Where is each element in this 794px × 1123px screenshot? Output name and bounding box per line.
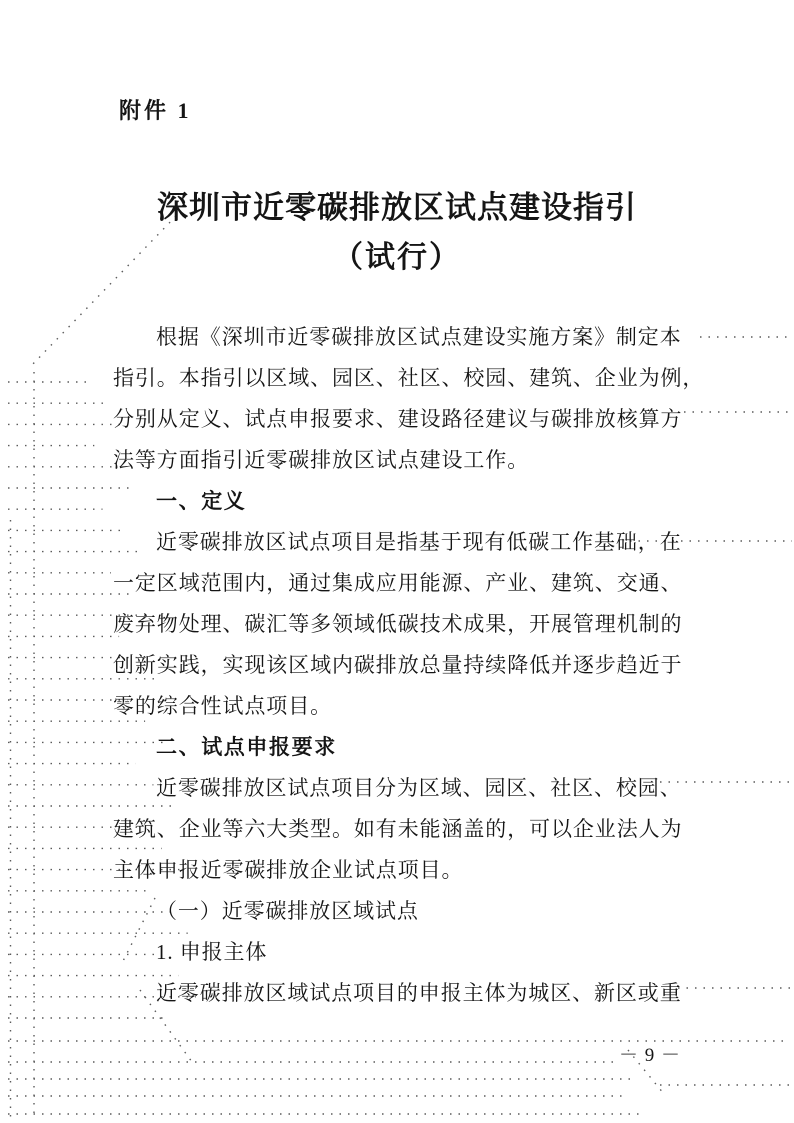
body-line: 主体申报近零碳排放企业试点项目。 xyxy=(113,850,713,891)
body-line: 创新实践，实现该区域内碳排放总量持续降低并逐步趋近于 xyxy=(113,645,713,686)
document-subtitle: （试行） xyxy=(0,232,794,276)
body-line: 分别从定义、试点申报要求、建设路径建议与碳排放核算方 xyxy=(113,399,713,440)
body-line: 根据《深圳市近零碳排放区试点建设实施方案》制定本 xyxy=(113,317,713,358)
attachment-label: 附件 1 xyxy=(119,94,192,125)
body-line: 近零碳排放区域试点项目的申报主体为城区、新区或重 xyxy=(113,973,713,1014)
body-line: 废弃物处理、碳汇等多领域低碳技术成果，开展管理机制的 xyxy=(113,604,713,645)
body-line: 建筑、企业等六大类型。如有未能涵盖的，可以企业法人为 xyxy=(113,809,713,850)
section-heading: 二、试点申报要求 xyxy=(113,727,713,768)
page-number: － 9 － xyxy=(608,1040,692,1067)
document-body: 根据《深圳市近零碳排放区试点建设实施方案》制定本 指引。本指引以区域、园区、社区… xyxy=(113,317,713,1014)
body-line: 近零碳排放区试点项目分为区域、园区、社区、校园、 xyxy=(113,768,713,809)
body-line: 零的综合性试点项目。 xyxy=(113,686,713,727)
document-page: 附件 1 深圳市近零碳排放区试点建设指引 （试行） 根据《深圳市近零碳排放区试点… xyxy=(0,0,794,1123)
body-line: 法等方面指引近零碳排放区试点建设工作。 xyxy=(113,440,713,481)
list-item-heading: 1. 申报主体 xyxy=(113,932,713,973)
document-title: 深圳市近零碳排放区试点建设指引 xyxy=(0,182,794,227)
body-line: 指引。本指引以区域、园区、社区、校园、建筑、企业为例， xyxy=(113,358,713,399)
body-line: 近零碳排放区试点项目是指基于现有低碳工作基础，在 xyxy=(113,522,713,563)
body-line: 一定区域范围内，通过集成应用能源、产业、建筑、交通、 xyxy=(113,563,713,604)
section-heading: 一、定义 xyxy=(113,481,713,522)
subsection-heading: （一）近零碳排放区域试点 xyxy=(113,891,713,932)
